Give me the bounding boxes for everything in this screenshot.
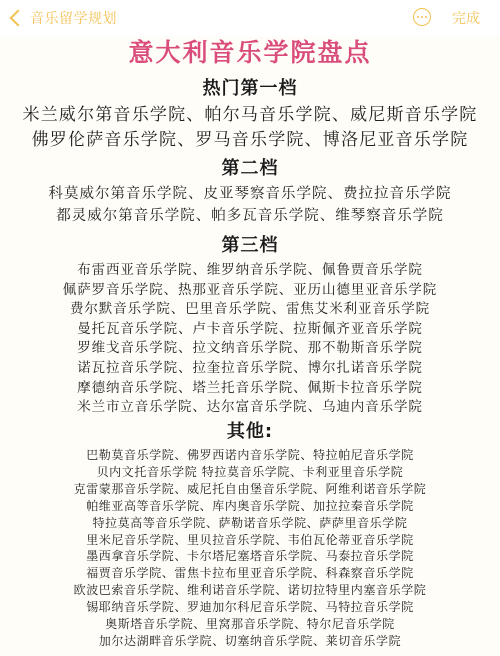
- list-line: 加尔达湖畔音乐学院、切塞纳音乐学院、莱切音乐学院: [0, 633, 500, 649]
- ellipsis-circle-icon: [417, 16, 419, 18]
- section-heading-tier-2: 第二档: [0, 158, 500, 180]
- back-label: 音乐留学规划: [30, 8, 117, 28]
- list-line: 奥斯塔音乐学院、里窝那音乐学院、特尔尼音乐学院: [0, 616, 500, 632]
- list-line: 布雷西亚音乐学院、维罗纳音乐学院、佩鲁贾音乐学院: [0, 261, 500, 279]
- list-line: 帕维亚高等音乐学院、库内奥音乐学院、加拉拉秦音乐学院: [0, 498, 500, 514]
- list-line: 罗维戈音乐学院、拉文纳音乐学院、那不勒斯音乐学院: [0, 339, 500, 357]
- list-line: 摩德纳音乐学院、塔兰托音乐学院、佩斯卡拉音乐学院: [0, 379, 500, 397]
- back-button[interactable]: 音乐留学规划: [6, 5, 117, 31]
- list-line: 福贾音乐学院、雷焦卡拉布里亚音乐学院、科森察音乐学院: [0, 565, 500, 581]
- list-line: 都灵威尔第音乐学院、帕多瓦音乐学院、维琴察音乐学院: [0, 206, 500, 226]
- list-line: 欧波巴索音乐学院、维利诺音乐学院、诺切拉特里内塞音乐学院: [0, 582, 500, 598]
- section-heading-others: 其他:: [0, 421, 500, 443]
- nav-bar: 音乐留学规划 完成: [0, 0, 500, 36]
- section-heading-tier-1: 热门第一档: [0, 78, 500, 100]
- list-line: 米兰市立音乐学院、达尔富音乐学院、乌迪内音乐学院: [0, 398, 500, 416]
- ellipsis-dot: [421, 16, 423, 18]
- list-line: 贝内文托音乐学院 特拉莫音乐学院、卡利亚里音乐学院: [0, 464, 500, 480]
- section-heading-tier-3: 第三档: [0, 235, 500, 257]
- list-line: 巴勒莫音乐学院、佛罗西诺内音乐学院、特拉帕尼音乐学院: [0, 447, 500, 463]
- list-line: 墨西拿音乐学院、卡尔塔尼塞塔音乐学院、马泰拉音乐学院: [0, 548, 500, 564]
- list-line: 科莫威尔第音乐学院、皮亚琴察音乐学院、费拉拉音乐学院: [0, 184, 500, 204]
- list-line: 曼托瓦音乐学院、卢卡音乐学院、拉斯佩齐亚音乐学院: [0, 320, 500, 338]
- list-line: 诺瓦拉音乐学院、拉奎拉音乐学院、博尔扎诺音乐学院: [0, 359, 500, 377]
- done-button[interactable]: 完成: [452, 8, 480, 28]
- list-line: 费尔默音乐学院、巴里音乐学院、雷焦艾米利亚音乐学院: [0, 300, 500, 318]
- ellipsis-dot: [425, 16, 427, 18]
- list-line: 锡耶纳音乐学院、罗迪加尔科尼音乐学院、马特拉音乐学院: [0, 599, 500, 615]
- list-line: 佛罗伦萨音乐学院、罗马音乐学院、博洛尼亚音乐学院: [0, 129, 500, 151]
- chevron-left-icon: [10, 10, 27, 27]
- more-options-button[interactable]: [413, 8, 431, 26]
- list-line: 佩萨罗音乐学院、热那亚音乐学院、亚历山德里亚音乐学院: [0, 281, 500, 299]
- list-line: 特拉莫高等音乐学院、萨勒诺音乐学院、萨萨里音乐学院: [0, 515, 500, 531]
- list-line: 米兰威尔第音乐学院、帕尔马音乐学院、威尼斯音乐学院: [0, 104, 500, 126]
- page-title: 意大利音乐学院盘点: [0, 38, 500, 68]
- list-line: 克雷蒙那音乐学院、威尼托自由堡音乐学院、阿维利诺音乐学院: [0, 481, 500, 497]
- list-line: 里米尼音乐学院、里贝拉音乐学院、韦伯瓦伦蒂亚音乐学院: [0, 532, 500, 548]
